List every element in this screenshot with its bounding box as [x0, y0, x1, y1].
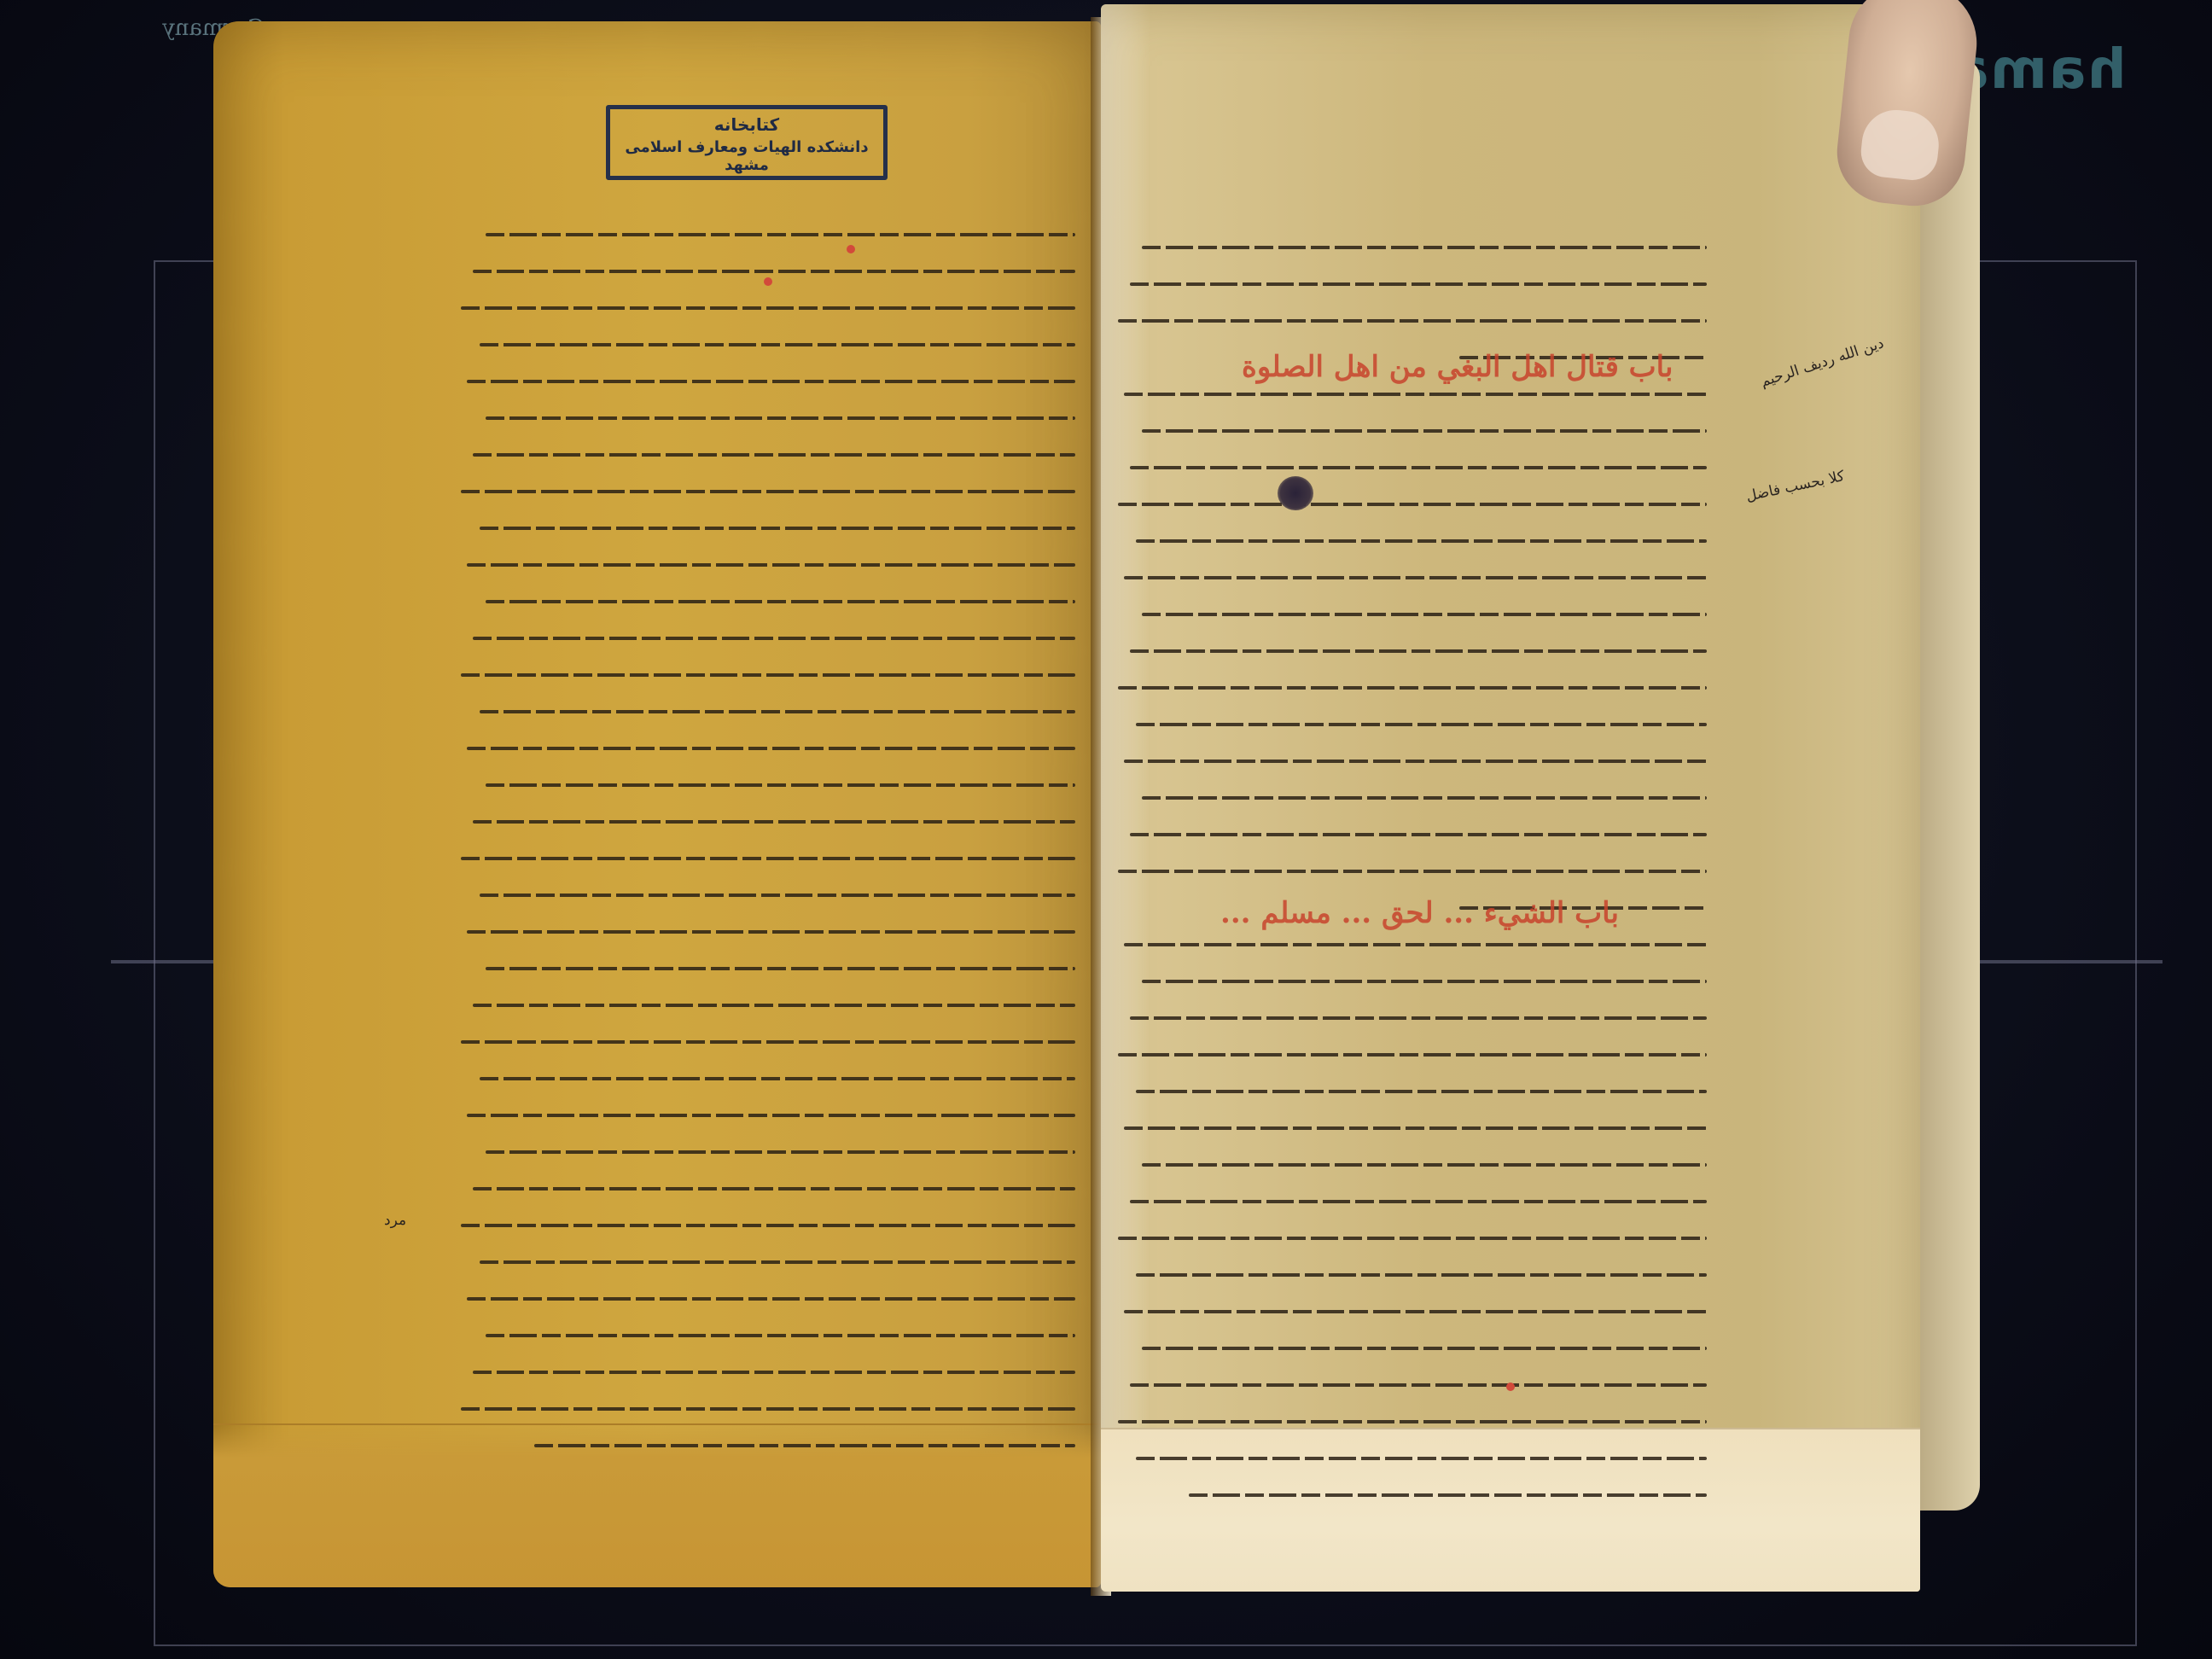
script-stroke — [473, 1004, 1075, 1007]
manuscript-text-line — [461, 585, 1075, 621]
manuscript-text-line — [1118, 1221, 1707, 1258]
script-stroke — [461, 1407, 1075, 1411]
manuscript-text-line — [461, 1208, 1075, 1245]
manuscript-text-line — [461, 511, 1075, 548]
manuscript-text-line — [1118, 1001, 1707, 1038]
script-stroke — [467, 1114, 1075, 1117]
manuscript-text-line — [1118, 1111, 1707, 1148]
script-stroke — [1142, 613, 1707, 616]
script-stroke — [467, 563, 1075, 567]
script-stroke — [1189, 1493, 1707, 1497]
script-stroke — [1124, 760, 1707, 763]
script-stroke — [1136, 723, 1707, 726]
script-stroke — [1130, 466, 1707, 469]
manuscript-text-line — [461, 218, 1075, 254]
manuscript-text-line — [461, 1098, 1075, 1135]
manuscript-text-line — [1118, 964, 1707, 1001]
script-stroke — [1124, 943, 1707, 946]
manuscript-text-line — [461, 1318, 1075, 1355]
script-stroke — [473, 453, 1075, 457]
script-stroke — [461, 857, 1075, 860]
manuscript-text-line — [461, 1429, 1075, 1465]
manuscript-text-line — [1118, 1368, 1707, 1405]
script-stroke — [1130, 282, 1707, 286]
manuscript-text-line — [461, 805, 1075, 841]
script-stroke — [1142, 246, 1707, 249]
manuscript-text-line — [461, 1245, 1075, 1282]
script-stroke — [480, 1077, 1075, 1080]
stamp-line-2: دانشکده الهیات ومعارف اسلامی مشهد — [610, 138, 883, 174]
left-page-text-block — [461, 218, 1075, 1465]
script-stroke — [461, 306, 1075, 310]
manuscript-text-line — [461, 438, 1075, 474]
right-manuscript-page: باب قتال اهل البغي من اهل الصلوة باب الش… — [1101, 4, 1920, 1592]
manuscript-text-line — [1118, 597, 1707, 634]
script-stroke — [473, 1187, 1075, 1190]
script-stroke — [1142, 796, 1707, 800]
manuscript-text-line — [461, 731, 1075, 768]
script-stroke — [1118, 870, 1707, 873]
script-stroke — [480, 1260, 1075, 1264]
script-stroke — [1136, 539, 1707, 543]
manuscript-text-line — [461, 695, 1075, 731]
script-stroke — [1124, 1310, 1707, 1313]
script-stroke — [467, 1297, 1075, 1301]
script-stroke — [467, 930, 1075, 934]
library-stamp: کتابخانه دانشکده الهیات ومعارف اسلامی مش… — [606, 105, 888, 180]
manuscript-text-line — [461, 952, 1075, 988]
manuscript-text-line — [1118, 1258, 1707, 1295]
rubric-heading-1: باب قتال اهل البغي من اهل الصلوة — [1242, 350, 1674, 384]
script-stroke — [1124, 576, 1707, 579]
red-verse-marker — [847, 245, 855, 253]
manuscript-text-line — [1118, 1074, 1707, 1111]
manuscript-text-line — [1118, 267, 1707, 304]
manuscript-text-line — [1118, 1148, 1707, 1185]
script-stroke — [1130, 1200, 1707, 1203]
manuscript-text-line — [461, 548, 1075, 585]
script-stroke — [480, 894, 1075, 897]
script-stroke — [473, 820, 1075, 824]
manuscript-text-line — [461, 1135, 1075, 1172]
script-stroke — [486, 600, 1075, 603]
manuscript-text-line — [1118, 451, 1707, 487]
manuscript-text-line — [461, 841, 1075, 878]
manuscript-text-line — [461, 401, 1075, 438]
manuscript-text-line — [461, 988, 1075, 1025]
manuscript-text-line — [461, 1062, 1075, 1098]
page-stack-edge — [1916, 60, 1980, 1511]
manuscript-text-line — [461, 1282, 1075, 1318]
script-stroke — [486, 1150, 1075, 1154]
manuscript-text-line — [1118, 524, 1707, 561]
script-stroke — [1142, 980, 1707, 983]
manuscript-text-line — [1118, 707, 1707, 744]
manuscript-text-line — [1118, 781, 1707, 818]
script-stroke — [1118, 1420, 1707, 1423]
script-stroke — [1142, 429, 1707, 433]
script-stroke — [461, 1224, 1075, 1227]
manuscript-text-line — [1118, 1185, 1707, 1221]
right-page-text-block — [1118, 230, 1707, 1515]
script-stroke — [1136, 1273, 1707, 1277]
script-stroke — [480, 710, 1075, 713]
script-stroke — [461, 673, 1075, 677]
manuscript-text-line — [461, 291, 1075, 328]
left-manuscript-page: کتابخانه دانشکده الهیات ومعارف اسلامی مش… — [213, 21, 1101, 1587]
script-stroke — [1142, 1163, 1707, 1167]
script-stroke — [486, 233, 1075, 236]
script-stroke — [1124, 393, 1707, 396]
script-stroke — [1118, 503, 1707, 506]
script-stroke — [1118, 319, 1707, 323]
script-stroke — [1130, 649, 1707, 653]
manuscript-text-line — [461, 1355, 1075, 1392]
manuscript-text-line — [461, 915, 1075, 952]
script-stroke — [467, 747, 1075, 750]
manuscript-text-line — [1118, 487, 1707, 524]
manuscript-text-line — [461, 658, 1075, 695]
manuscript-text-line — [1118, 561, 1707, 597]
script-stroke — [1130, 1383, 1707, 1387]
script-stroke — [461, 490, 1075, 493]
manuscript-text-line — [461, 328, 1075, 364]
manuscript-text-line — [1118, 818, 1707, 854]
script-stroke — [534, 1444, 1075, 1447]
script-stroke — [486, 967, 1075, 970]
script-stroke — [473, 637, 1075, 640]
ink-stain — [1278, 476, 1313, 510]
manuscript-text-line — [461, 1025, 1075, 1062]
manuscript-text-line — [1118, 1331, 1707, 1368]
stamp-line-1: کتابخانه — [610, 114, 883, 135]
manuscript-text-line — [461, 364, 1075, 401]
manuscript-text-line — [1118, 1441, 1707, 1478]
manuscript-text-line — [1118, 1405, 1707, 1441]
manuscript-text-line — [1118, 854, 1707, 891]
manuscript-text-line — [461, 1392, 1075, 1429]
script-stroke — [486, 1334, 1075, 1337]
script-stroke — [473, 1371, 1075, 1374]
left-margin-note: مرد — [384, 1212, 406, 1229]
script-stroke — [480, 527, 1075, 530]
manuscript-text-line — [461, 474, 1075, 511]
manuscript-text-line — [1118, 1478, 1707, 1515]
thumbnail — [1859, 107, 1942, 183]
script-stroke — [473, 270, 1075, 273]
script-stroke — [1118, 686, 1707, 690]
script-stroke — [461, 1040, 1075, 1044]
manuscript-text-line — [461, 878, 1075, 915]
script-stroke — [1136, 1457, 1707, 1460]
script-stroke — [1118, 1053, 1707, 1057]
script-stroke — [1142, 1347, 1707, 1350]
manuscript-text-line — [461, 768, 1075, 805]
manuscript-text-line — [1118, 414, 1707, 451]
manuscript-text-line — [1118, 1038, 1707, 1074]
manuscript-text-line — [1118, 928, 1707, 964]
script-stroke — [1130, 1016, 1707, 1020]
manuscript-text-line — [461, 621, 1075, 658]
manuscript-text-line — [1118, 744, 1707, 781]
script-stroke — [1118, 1237, 1707, 1240]
script-stroke — [1136, 1090, 1707, 1093]
script-stroke — [1130, 833, 1707, 836]
script-stroke — [1124, 1126, 1707, 1130]
red-verse-marker — [764, 277, 772, 286]
script-stroke — [486, 783, 1075, 787]
manuscript-text-line — [1118, 1295, 1707, 1331]
manuscript-text-line — [1118, 671, 1707, 707]
script-stroke — [486, 416, 1075, 420]
manuscript-text-line — [1118, 230, 1707, 267]
script-stroke — [467, 380, 1075, 383]
script-stroke — [480, 343, 1075, 346]
manuscript-text-line — [461, 1172, 1075, 1208]
rubric-heading-2: باب الشيء ... لحق ... مسلم ... — [1220, 896, 1619, 930]
manuscript-text-line — [1118, 634, 1707, 671]
red-verse-marker — [1506, 1382, 1515, 1391]
manuscript-text-line — [1118, 304, 1707, 341]
